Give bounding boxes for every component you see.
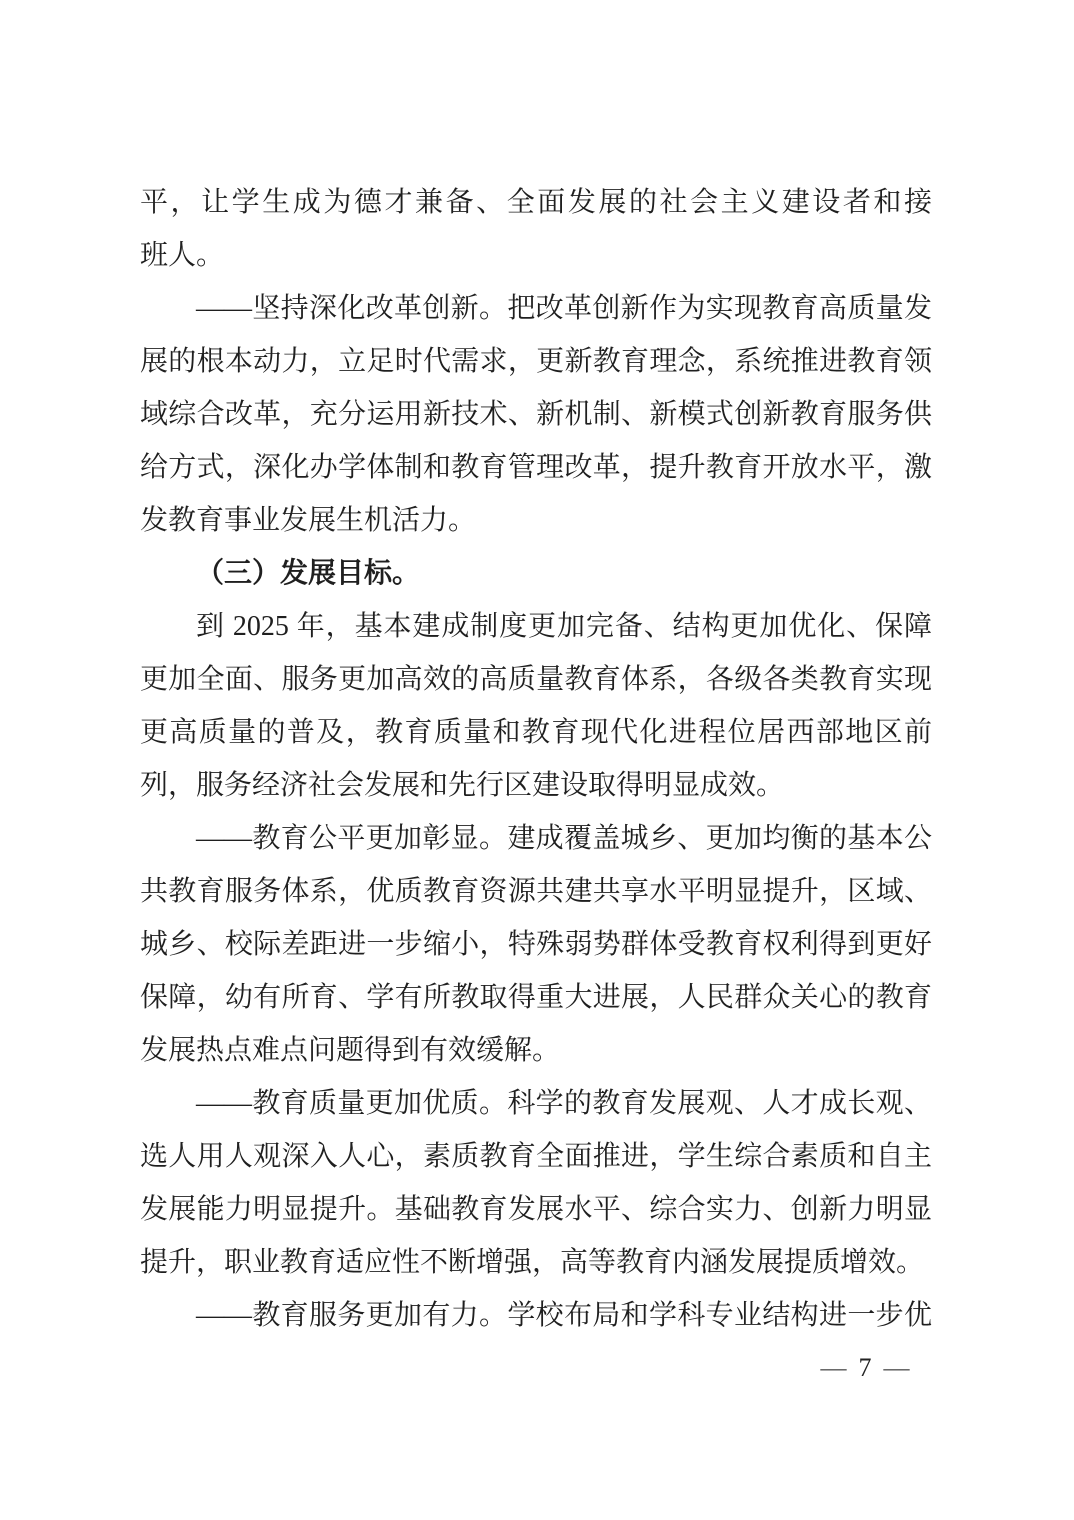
document-page: 平，让学生成为德才兼备、全面发展的社会主义建设者和接 班人。 ——坚持深化改革创… [0,0,1074,1520]
text-line: 发展能力明显提升。基础教育发展水平、综合实力、创新力明显 [140,1183,932,1236]
text-line: 平，让学生成为德才兼备、全面发展的社会主义建设者和接 [140,176,932,229]
page-number: —7— [800,1348,930,1388]
page-number-dash-right: — [872,1353,922,1382]
page-number-dash-left: — [809,1353,859,1382]
text-line: 提升，职业教育适应性不断增强，高等教育内涵发展提质增效。 [140,1236,932,1289]
text-line: 更加全面、服务更加高效的高质量教育体系，各级各类教育实现 [140,653,932,706]
text-line: ——教育公平更加彰显。建成覆盖城乡、更加均衡的基本公 [140,812,932,865]
text-line: ——坚持深化改革创新。把改革创新作为实现教育高质量发 [140,282,932,335]
text-line: 共教育服务体系，优质教育资源共建共享水平明显提升，区域、 [140,865,932,918]
text-line: 更高质量的普及，教育质量和教育现代化进程位居西部地区前 [140,706,932,759]
text-line: 保障，幼有所育、学有所教取得重大进展，人民群众关心的教育 [140,971,932,1024]
text-line: 展的根本动力，立足时代需求，更新教育理念，系统推进教育领 [140,335,932,388]
text-line: 到 2025 年，基本建成制度更加完备、结构更加优化、保障 [140,600,932,653]
text-line: ——教育服务更加有力。学校布局和学科专业结构进一步优 [140,1289,932,1342]
text-line: ——教育质量更加优质。科学的教育发展观、人才成长观、 [140,1077,932,1130]
page-number-value: 7 [859,1353,872,1382]
document-body: 平，让学生成为德才兼备、全面发展的社会主义建设者和接 班人。 ——坚持深化改革创… [140,176,932,1342]
text-line: 选人用人观深入人心，素质教育全面推进，学生综合素质和自主 [140,1130,932,1183]
section-heading: （三）发展目标。 [140,547,932,600]
text-line: 班人。 [140,229,932,282]
text-line: 给方式，深化办学体制和教育管理改革，提升教育开放水平，激 [140,441,932,494]
text-line: 城乡、校际差距进一步缩小，特殊弱势群体受教育权利得到更好 [140,918,932,971]
text-line: 列，服务经济社会发展和先行区建设取得明显成效。 [140,759,932,812]
text-line: 发展热点难点问题得到有效缓解。 [140,1024,932,1077]
text-line: 域综合改革，充分运用新技术、新机制、新模式创新教育服务供 [140,388,932,441]
text-line: 发教育事业发展生机活力。 [140,494,932,547]
